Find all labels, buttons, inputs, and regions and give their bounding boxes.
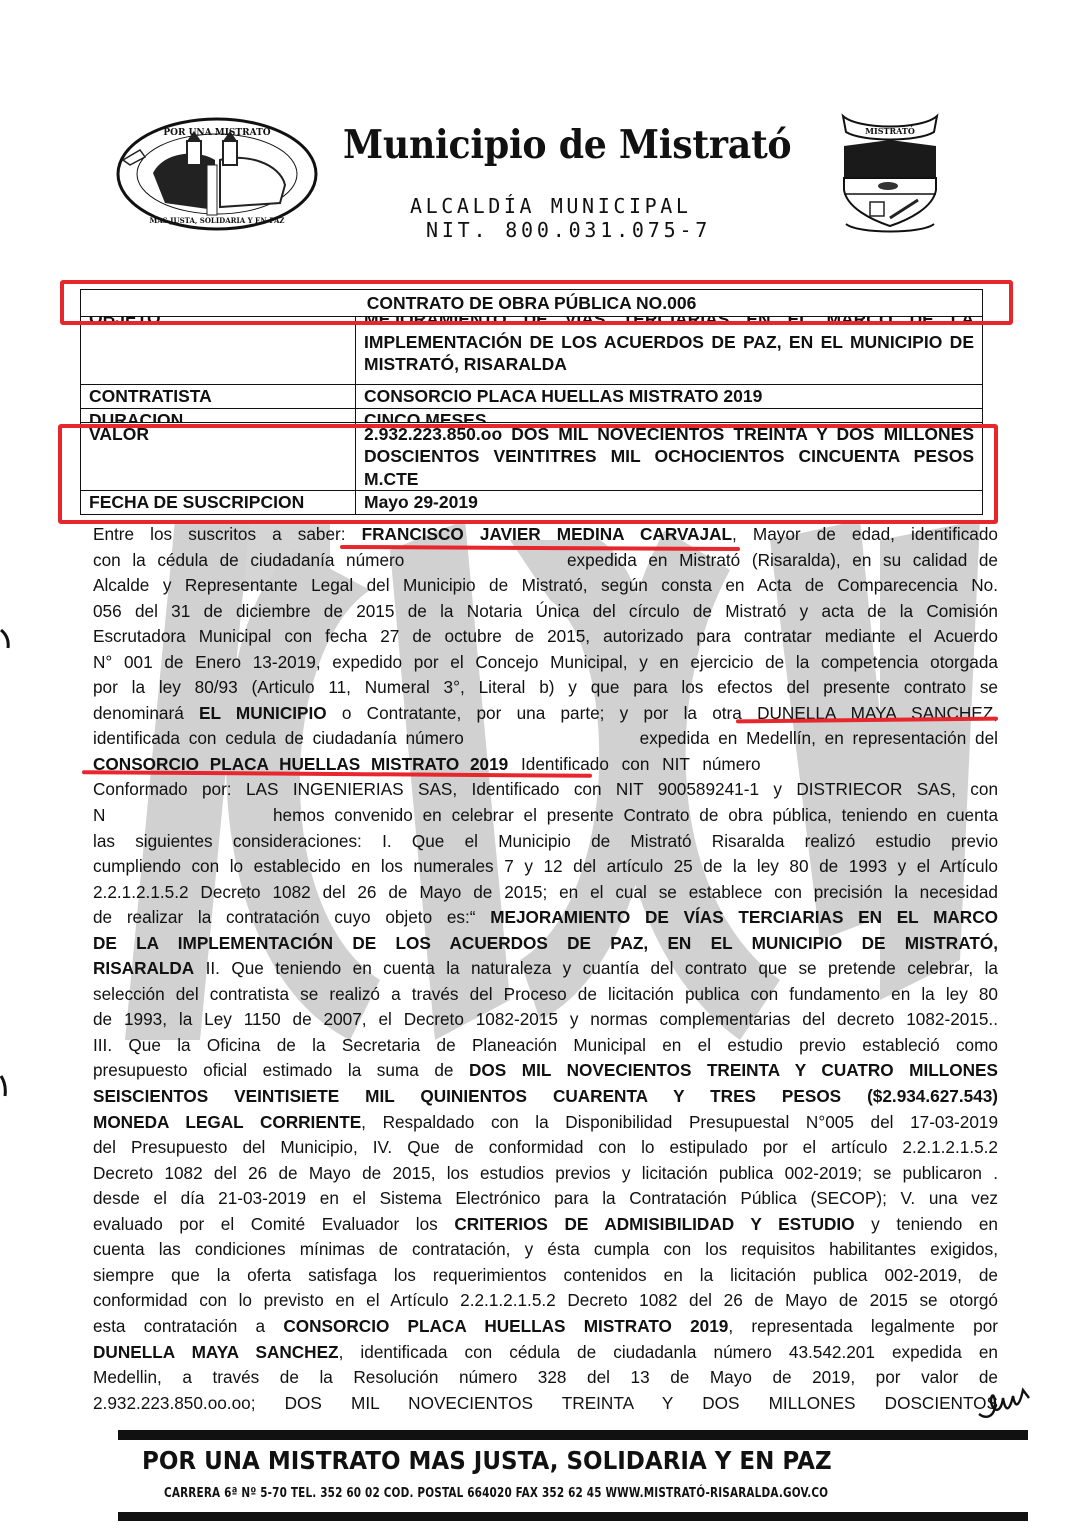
body-line: Conformado por: LAS INGENIERIAS SAS, Ide… [93,777,998,803]
svg-text:POR UNA MISTRATO: POR UNA MISTRATO [163,128,270,138]
nit-number: NIT. 800.031.075-7 [426,218,711,242]
body-line: Decreto 1082 del 26 de Mayo de 2015, los… [93,1161,998,1187]
table-row: CONTRATISTA CONSORCIO PLACA HUELLAS MIST… [81,385,983,409]
redacted-id [464,728,640,748]
footer-motto: POR UNA MISTRATO MAS JUSTA, SOLIDARIA Y … [142,1446,832,1475]
body-line: 056 del 31 de diciembre de 2015 de la No… [93,599,998,625]
budget-amount: SEISCIENTOS VEINTISIETE MIL QUINIENTOS C… [93,1086,998,1106]
footer-address: CARRERA 6ª Nº 5-70 TEL. 352 60 02 COD. P… [164,1485,828,1501]
body-line: Escrutadora Municipal con fecha 27 de oc… [93,624,998,650]
table-row: DURACION CINCO MESES [81,408,983,422]
redacted-id [105,805,273,825]
body-line: identificada con cedula de ciudadanía nú… [93,726,998,752]
row-value-objeto: MEJORAMIENTO DE VIAS TERCIARIAS EN EL MA… [364,317,974,376]
body-line: SEISCIENTOS VEINTISIETE MIL QUINIENTOS C… [93,1084,998,1110]
body-line: presupuesto oficial estimado la suma de … [93,1058,998,1084]
row-label-duracion: DURACION [89,410,183,422]
footer-bottom-rule [118,1512,1028,1521]
svg-text:MISTRATÓ: MISTRATÓ [865,126,915,136]
body-line: Medellin, a través de la Resolución núme… [93,1365,998,1391]
body-line: DE LA IMPLEMENTACIÓN DE LOS ACUERDOS DE … [93,931,998,957]
body-line: desde el día 21-03-2019 en el Sistema El… [93,1186,998,1212]
body-line: N° 001 de Enero 13-2019, expedido por el… [93,650,998,676]
body-line: DUNELLA MAYA SANCHEZ, identificada con c… [93,1340,998,1366]
body-line: del Presupuesto del Municipio, IV. Que d… [93,1135,998,1161]
row-value-contratista: CONSORCIO PLACA HUELLAS MISTRATO 2019 [356,385,983,409]
body-line: RISARALDA II. Que teniendo en cuenta la … [93,956,998,982]
body-line: por la ley 80/93 (Articulo 11, Numeral 3… [93,675,998,701]
body-line: Entre los suscritos a saber: FRANCISCO J… [93,522,998,548]
body-line: 2.932.223.850.oo.oo; DOS MIL NOVECIENTOS… [93,1391,998,1417]
body-line: evaluado por el Comité Evaluador los CRI… [93,1212,998,1238]
body-line: denominará EL MUNICIPIO o Contratante, p… [93,701,998,727]
body-line: siempre que la oferta satisfaga los requ… [93,1263,998,1289]
body-line: esta contratación a CONSORCIO PLACA HUEL… [93,1314,998,1340]
margin-mark-icon [0,1074,14,1098]
body-line: selección del contratista se realizó a t… [93,982,998,1008]
redacted-id [404,550,567,570]
mayor-office-subtitle: ALCALDÍA MUNICIPAL [410,194,692,218]
body-line: Alcalde y Representante Legal del Munici… [93,573,998,599]
body-line: N hemos convenido en celebrar el present… [93,803,998,829]
footer-top-rule [118,1430,1028,1440]
svg-text:MAS JUSTA, SOLIDARIA Y EN PAZ: MAS JUSTA, SOLIDARIA Y EN PAZ [150,216,285,225]
row-value-duracion: CINCO MESES [364,410,487,422]
body-line: 2.2.1.2.1.5.2 Decreto 1082 del 26 de May… [93,880,998,906]
contract-body-text: Entre los suscritos a saber: FRANCISCO J… [93,522,998,1416]
body-line: conformidad con lo previsto en el Artícu… [93,1288,998,1314]
body-line: cumpliendo con lo establecido en los num… [93,854,998,880]
body-line: III. Que la Oficina de la Secretaria de … [93,1033,998,1059]
body-line: cuenta las condiciones mínimas de contra… [93,1237,998,1263]
body-line: MONEDA LEGAL CORRIENTE, Respaldado con l… [93,1110,998,1136]
body-line: con la cédula de ciudadanía número exped… [93,548,998,574]
coat-of-arms-crest: MISTRATÓ [838,108,942,236]
body-line: de realizar la contratación cuyo objeto … [93,905,998,931]
signature-initials-icon [975,1380,1035,1422]
highlight-box-valor [58,424,998,524]
table-row: OBJETO MEJORAMIENTO DE VIAS TERCIARIAS E… [81,317,983,385]
municipality-title: Municipio de Mistrató [343,122,791,168]
body-line: de 1993, la Ley 1150 de 2007, el Decreto… [93,1007,998,1033]
party-name-mayor: FRANCISCO JAVIER MEDINA CARVAJAL [362,524,732,544]
municipal-seal-logo: POR UNA MISTRATO MAS JUSTA, SOLIDARIA Y … [115,115,320,233]
body-line: las siguientes consideraciones: I. Que e… [93,829,998,855]
margin-mark-icon [0,628,14,650]
highlight-box-contract-heading [60,280,1013,325]
row-label-contratista: CONTRATISTA [81,385,356,409]
